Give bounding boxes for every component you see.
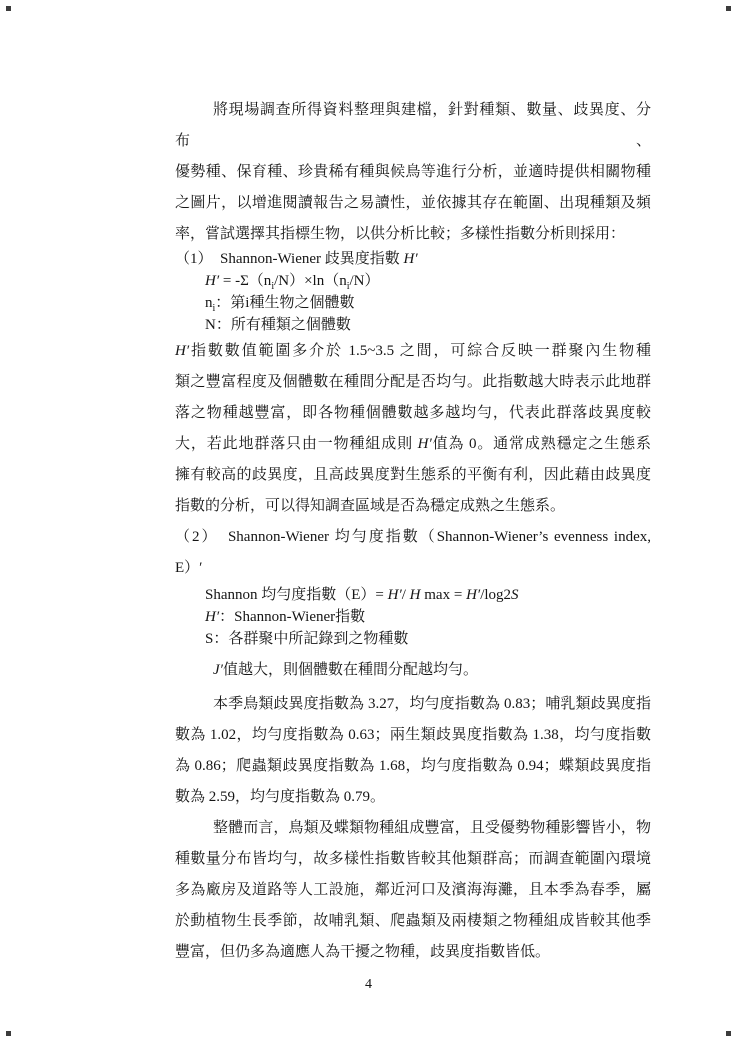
formula-text: Shannon 均勻度指數（E）= bbox=[205, 587, 388, 603]
formula-text: /N） bbox=[350, 273, 380, 289]
text-line: 整體而言，鳥類及蝶類物種組成豐富，且受優勢物種影響皆小，物 bbox=[175, 813, 651, 844]
variable-h-prime: H′ bbox=[388, 587, 402, 603]
definition-h-prime: H′：Shannon-Wiener指數 bbox=[175, 606, 651, 628]
variable-h-prime: H′ bbox=[205, 273, 219, 289]
line-text: 大，若此地群落只由一物種組成則 bbox=[175, 436, 418, 452]
text-line: 將現場調查所得資料整理與建檔，針對種類、數量、歧異度、分布、 bbox=[175, 95, 651, 157]
text-line: 多為廠房及道路等人工設施，鄰近河口及濱海海灘，且本季為春季，屬 bbox=[175, 875, 651, 906]
heading-text: （1） Shannon-Wiener 歧異度指數 bbox=[175, 251, 404, 267]
paragraph-diversity-explanation: H′指數數值範圍多介於 1.5~3.5 之間，可綜合反映一群聚內生物種 類之豐富… bbox=[175, 336, 651, 522]
text-line: 率，嘗試選擇其指標生物，以供分析比較；多樣性指數分析則採用： bbox=[175, 219, 651, 250]
text-line: 數為 2.59，均勻度指數為 0.79。 bbox=[175, 782, 651, 813]
text-line: 種數量分布皆均勻，故多樣性指數皆較其他類群高；而調查範圍內環境 bbox=[175, 844, 651, 875]
heading-evenness-index: （2） Shannon-Wiener 均勻度指數（Shannon-Wiener’… bbox=[175, 522, 651, 553]
paragraph-season-indices: 本季鳥類歧異度指數為 3.27，均勻度指數為 0.83；哺乳類歧異度指 數為 1… bbox=[175, 689, 651, 813]
formula-text: / bbox=[402, 587, 410, 603]
variable-h: H bbox=[410, 587, 421, 603]
paragraph-summary: 整體而言，鳥類及蝶類物種組成豐富，且受優勢物種影響皆小，物 種數量分布皆均勻，故… bbox=[175, 813, 651, 968]
text-line: 大，若此地群落只由一物種組成則 H′值為 0。通常成熟穩定之生態系 bbox=[175, 429, 651, 460]
formula-text: /N）×ln（n bbox=[274, 273, 347, 289]
variable-h-prime: H′ bbox=[418, 436, 432, 452]
section-shannon-evenness: （2） Shannon-Wiener 均勻度指數（Shannon-Wiener’… bbox=[175, 522, 651, 650]
line-text: 指數數值範圍多介於 1.5~3.5 之間，可綜合反映一群聚內生物種 bbox=[189, 343, 651, 359]
formula-evenness: Shannon 均勻度指數（E）= H′/ H max = H′/log2S bbox=[175, 584, 651, 606]
definition-ni: ni：第i種生物之個體數 bbox=[175, 292, 651, 314]
text-line: 於動植物生長季節，故哺乳類、爬蟲類及兩棲類之物種組成皆較其他季 bbox=[175, 906, 651, 937]
page-number: 4 bbox=[0, 974, 737, 996]
text-line: 擁有較高的歧異度，且高歧異度對生態系的平衡有利，因此藉由歧異度 bbox=[175, 460, 651, 491]
variable-h-prime: H′ bbox=[404, 251, 418, 267]
document-page: 將現場調查所得資料整理與建檔，針對種類、數量、歧異度、分布、 優勢種、保育種、珍… bbox=[0, 0, 737, 1042]
variable-j-prime: J′ bbox=[213, 662, 223, 678]
formula-text: = -Σ（n bbox=[219, 273, 271, 289]
definition-S: S：各群聚中所記錄到之物種數 bbox=[175, 628, 651, 650]
variable-s: S bbox=[511, 587, 519, 603]
variable-h-prime: H′ bbox=[466, 587, 480, 603]
formula-text: max = bbox=[421, 587, 467, 603]
corner-mark bbox=[6, 1031, 11, 1036]
text-line: 數為 1.02，均勻度指數為 0.63；兩生類歧異度指數為 1.38，均勻度指數 bbox=[175, 720, 651, 751]
formula-text: /log2 bbox=[480, 587, 511, 603]
line-text: 值為 0。通常成熟穩定之生態系 bbox=[432, 436, 651, 452]
text-line: 落之物種越豐富，即各物種個體數越多越均勻，代表此群落歧異度較 bbox=[175, 398, 651, 429]
text-line: 為 0.86；爬蟲類歧異度指數為 1.68，均勻度指數為 0.94；蝶類歧異度指 bbox=[175, 751, 651, 782]
definition-N: N：所有種類之個體數 bbox=[175, 314, 651, 336]
definition-text: ：Shannon-Wiener指數 bbox=[219, 609, 365, 625]
paragraph-intro: 將現場調查所得資料整理與建檔，針對種類、數量、歧異度、分布、 優勢種、保育種、珍… bbox=[175, 95, 651, 250]
variable-n: n bbox=[205, 295, 213, 311]
formula-diversity: H′ = -Σ（ni/N）×ln（ni/N） bbox=[175, 270, 651, 292]
variable-h-prime: H′ bbox=[175, 343, 189, 359]
section-shannon-diversity: （1） Shannon-Wiener 歧異度指數 H′ H′ = -Σ（ni/N… bbox=[175, 248, 651, 336]
document-body: 將現場調查所得資料整理與建檔，針對種類、數量、歧異度、分布、 優勢種、保育種、珍… bbox=[175, 95, 651, 968]
text-line: 本季鳥類歧異度指數為 3.27，均勻度指數為 0.83；哺乳類歧異度指 bbox=[175, 689, 651, 720]
heading-evenness-continued: E）′ bbox=[175, 553, 651, 584]
text-line: 優勢種、保育種、珍貴稀有種與候鳥等進行分析，並適時提供相關物種 bbox=[175, 157, 651, 188]
paragraph-j-value: J′值越大，則個體數在種間分配越均勻。 bbox=[175, 655, 651, 686]
text-line: H′指數數值範圍多介於 1.5~3.5 之間，可綜合反映一群聚內生物種 bbox=[175, 336, 651, 367]
text-line: 之圖片，以增進閱讀報告之易讀性，並依據其存在範圍、出現種類及頻 bbox=[175, 188, 651, 219]
text-line: 豐富，但仍多為適應人為干擾之物種，歧異度指數皆低。 bbox=[175, 937, 651, 968]
definition-text: ：第i種生物之個體數 bbox=[215, 295, 354, 311]
corner-mark bbox=[726, 1031, 731, 1036]
corner-mark bbox=[6, 6, 11, 11]
heading-diversity-index: （1） Shannon-Wiener 歧異度指數 H′ bbox=[175, 248, 651, 270]
text-line: 指數的分析，可以得知調查區域是否為穩定成熟之生態系。 bbox=[175, 491, 651, 522]
corner-mark bbox=[726, 6, 731, 11]
line-text: 值越大，則個體數在種間分配越均勻。 bbox=[223, 662, 478, 678]
text-line: 類之豐富程度及個體數在種間分配是否均勻。此指數越大時表示此地群 bbox=[175, 367, 651, 398]
text-line: J′值越大，則個體數在種間分配越均勻。 bbox=[175, 655, 651, 686]
variable-h-prime: H′ bbox=[205, 609, 219, 625]
